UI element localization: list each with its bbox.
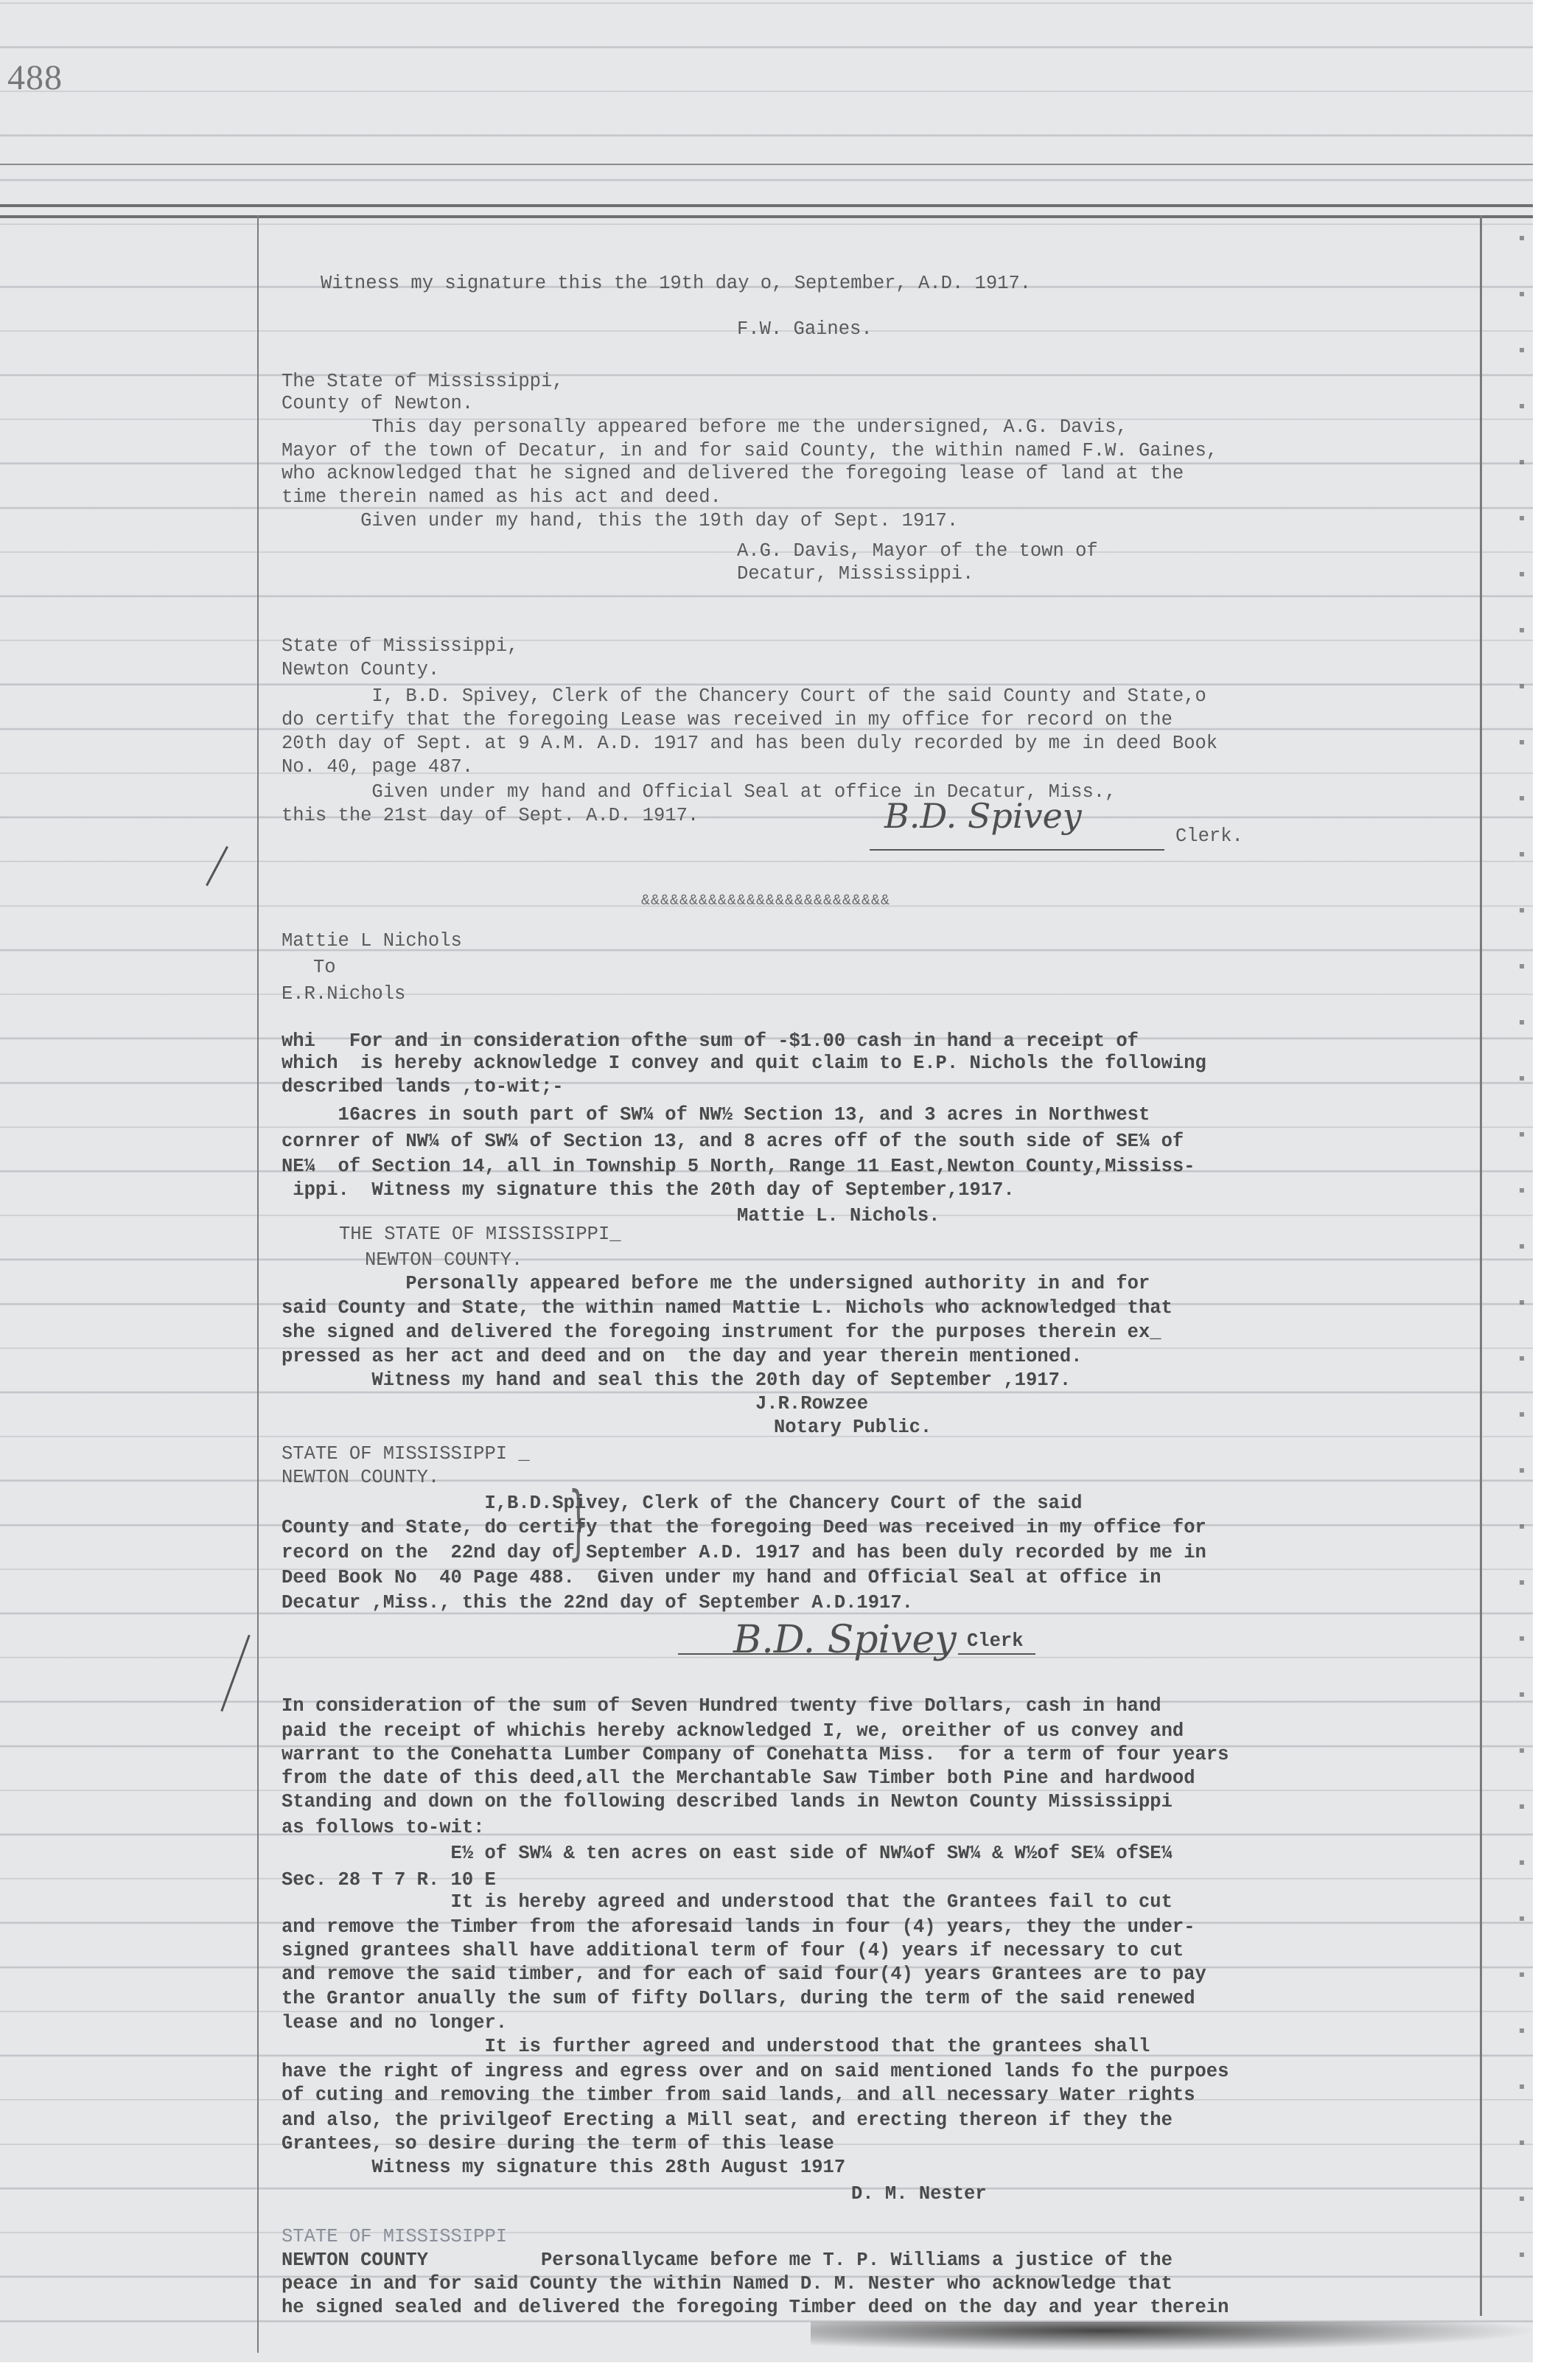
- timber-deed-line: and also, the privilgeof Erecting a Mill…: [282, 2109, 1475, 2132]
- ack-line: she signed and delivered the foregoing i…: [282, 1322, 1475, 1344]
- cert-line: County and State, do certify that the fo…: [282, 1517, 1475, 1539]
- cert-line: Deed Book No 40 Page 488. Given under my…: [282, 1567, 1475, 1589]
- cert-line: this the 21st day of Sept. A.D. 1917.: [282, 805, 1475, 827]
- ack-line: peace in and for said County the within …: [282, 2273, 1475, 2295]
- signature-line: [870, 849, 1164, 851]
- county-heading: County of Newton.: [282, 393, 1475, 415]
- grantee-name: E.R.Nichols: [282, 983, 1475, 1005]
- header-rule: [0, 164, 1533, 165]
- timber-deed-line: Sec. 28 T 7 R. 10 E: [282, 1869, 1475, 1891]
- signer-gaines: F.W. Gaines.: [737, 318, 1541, 341]
- deed-line: described lands ,to-wit;-: [282, 1076, 1475, 1098]
- ack-line: said County and State, the within named …: [282, 1297, 1475, 1319]
- timber-deed-line: It is further agreed and understood that…: [282, 2036, 1475, 2058]
- clerk-signature: B.D. Spivey: [884, 796, 1082, 836]
- county-heading: Newton County.: [282, 659, 1475, 681]
- county-heading: NEWTON COUNTY.: [282, 1467, 1475, 1489]
- state-heading: The State of Mississippi,: [282, 371, 1475, 393]
- official-line: Decatur, Mississippi.: [737, 563, 1541, 585]
- state-heading: STATE OF MISSISSIPPI _: [282, 1443, 1475, 1465]
- deed-line: ippi. Witness my signature this the 20th…: [282, 1179, 1475, 1201]
- timber-deed-line: from the date of this deed,all the Merch…: [282, 1767, 1475, 1790]
- check-mark-icon: [220, 1635, 250, 1711]
- cert-line: Given under my hand and Official Seal at…: [282, 781, 1475, 803]
- deed-book-page: 488 Witness my signature this the 19th d…: [0, 0, 1533, 2362]
- header-double-rule-bottom: [0, 215, 1533, 218]
- to-label: To: [313, 957, 1507, 979]
- state-heading: State of Mississippi,: [282, 635, 1475, 657]
- timber-deed-line: as follows to-wit:: [282, 1817, 1475, 1839]
- ack-line: who acknowledged that he signed and deli…: [282, 463, 1475, 485]
- timber-deed-line: and remove the said timber, and for each…: [282, 1964, 1475, 1986]
- ack-county: NEWTON COUNTY.: [365, 1249, 1541, 1271]
- ack-line: Personally appeared before me the unders…: [282, 1273, 1475, 1295]
- ack-line: pressed as her act and deed and on the d…: [282, 1346, 1475, 1368]
- timber-deed-line: the Grantor anually the sum of fifty Dol…: [282, 1988, 1475, 2010]
- cert-line: I, B.D. Spivey, Clerk of the Chancery Co…: [282, 685, 1475, 708]
- cert-line: record on the 22nd day of September A.D.…: [282, 1542, 1475, 1564]
- cert-line: I,B.D.Spivey, Clerk of the Chancery Cour…: [282, 1493, 1475, 1515]
- timber-deed-line: In consideration of the sum of Seven Hun…: [282, 1695, 1475, 1717]
- given-line: Given under my hand, this the 19th day o…: [282, 510, 1475, 532]
- signer-nester: D. M. Nester: [851, 2183, 1541, 2205]
- deed-line: whi For and in consideration ofthe sum o…: [282, 1030, 1475, 1053]
- grantor-name: Mattie L Nichols: [282, 930, 1475, 952]
- ack-line: time therein named as his act and deed.: [282, 486, 1475, 509]
- deed-line: which is hereby acknowledge I convey and…: [282, 1053, 1475, 1075]
- clerk-signature: B.D. Spivey: [733, 1618, 957, 1662]
- timber-deed-line: Witness my signature this 28th August 19…: [282, 2157, 1475, 2179]
- official-line: A.G. Davis, Mayor of the town of: [737, 540, 1541, 562]
- header-double-rule-top: [0, 204, 1533, 207]
- deed-line: 16acres in south part of SW¼ of NW½ Sect…: [282, 1104, 1475, 1126]
- ack-line: he signed sealed and delivered the foreg…: [282, 2297, 1475, 2319]
- timber-deed-line: Standing and down on the following descr…: [282, 1791, 1475, 1813]
- cert-line: 20th day of Sept. at 9 A.M. A.D. 1917 an…: [282, 733, 1475, 755]
- notary-name: J.R.Rowzee: [755, 1393, 1541, 1415]
- ack-state: STATE OF MISSISSIPPI: [282, 2226, 1475, 2248]
- page-number: 488: [7, 57, 63, 98]
- timber-deed-line: E½ of SW¼ & ten acres on east side of NW…: [282, 1843, 1475, 1865]
- left-margin-line: [257, 215, 259, 2353]
- deed-line: NE¼ of Section 14, all in Township 5 Nor…: [282, 1156, 1475, 1178]
- notary-title: Notary Public.: [774, 1417, 1541, 1439]
- cert-line: Decatur ,Miss., this the 22nd day of Sep…: [282, 1592, 1475, 1614]
- ack-line: Witness my hand and seal this the 20th d…: [282, 1369, 1475, 1392]
- deed-line: cornrer of NW¼ of SW¼ of Section 13, and…: [282, 1131, 1475, 1153]
- timber-deed-line: It is hereby agreed and understood that …: [282, 1891, 1475, 1913]
- timber-deed-line: Grantees, so desire during the term of t…: [282, 2133, 1475, 2155]
- clerk-title: Clerk: [967, 1630, 1541, 1653]
- cert-line: No. 40, page 487.: [282, 756, 1475, 778]
- section-separator: &&&&&&&&&&&&&&&&&&&&&&&&&&: [641, 893, 890, 910]
- check-mark-icon: [206, 846, 228, 886]
- ack-state: THE STATE OF MISSISSIPPI_: [339, 1224, 1533, 1246]
- cert-line: do certify that the foregoing Lease was …: [282, 709, 1475, 731]
- ack-line: NEWTON COUNTY Personallycame before me T…: [282, 2250, 1475, 2272]
- signature-line: [678, 1653, 943, 1655]
- timber-deed-line: of cuting and removing the timber from s…: [282, 2084, 1475, 2107]
- timber-deed-line: paid the receipt of whichis hereby ackno…: [282, 1720, 1475, 1742]
- ack-line: Mayor of the town of Decatur, in and for…: [282, 440, 1475, 462]
- timber-deed-line: have the right of ingress and egress ove…: [282, 2061, 1475, 2083]
- clerk-title-underline: [958, 1653, 1035, 1655]
- ack-line: This day personally appeared before me t…: [282, 416, 1475, 439]
- timber-deed-line: and remove the Timber from the aforesaid…: [282, 1916, 1475, 1938]
- clerk-title: Clerk.: [1175, 826, 1541, 848]
- timber-deed-line: lease and no longer.: [282, 2012, 1475, 2034]
- timber-deed-line: signed grantees shall have additional te…: [282, 1940, 1475, 1962]
- page-curl-shadow: [811, 2322, 1540, 2351]
- witness-line: Witness my signature this the 19th day o…: [321, 273, 1514, 295]
- timber-deed-line: warrant to the Conehatta Lumber Company …: [282, 1744, 1475, 1766]
